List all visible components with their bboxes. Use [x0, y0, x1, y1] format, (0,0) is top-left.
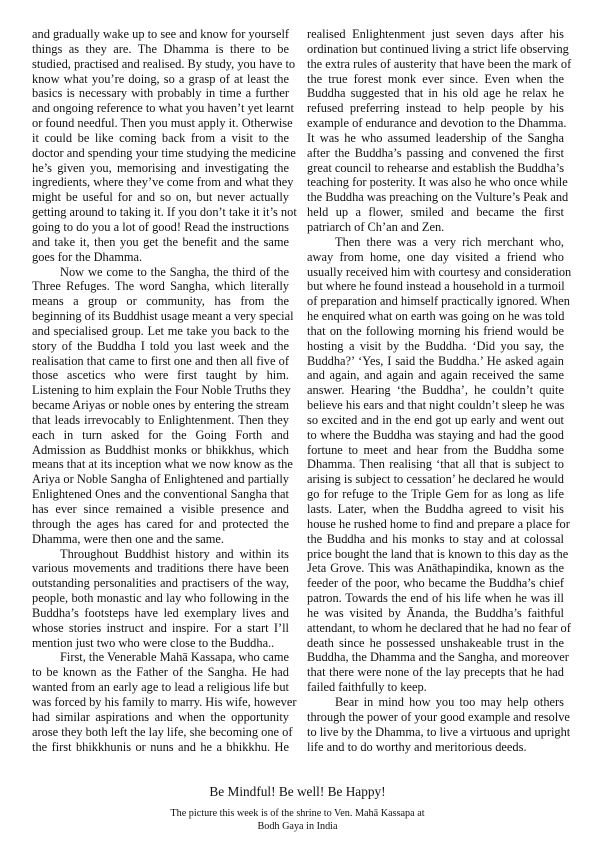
text-line: story of the Buddha I told you last week…	[32, 339, 289, 354]
text-line: arose they both left the lay life, she b…	[32, 725, 289, 740]
paragraph-start: Bear in mind how you too may help others	[307, 695, 564, 710]
text-line: so excited and in the end got up early a…	[307, 413, 564, 428]
text-line: through the power of your good example a…	[307, 710, 564, 725]
text-line: Listening to him explain the Four Noble …	[32, 383, 289, 398]
text-line: lasts. Later, when the Buddha agreed to …	[307, 502, 564, 517]
text-line: goes for the Dhamma.	[32, 250, 289, 265]
caption-line: Bodh Gaya in India	[0, 821, 595, 834]
text-line: basics is necessary with probably in tim…	[32, 86, 289, 101]
text-line: each in turn asked for the Going Forth a…	[32, 428, 289, 443]
text-line: beginning of its Buddhist usage meant a …	[32, 309, 289, 324]
text-line: he was visited by Ānanda, the Buddha’s f…	[307, 606, 564, 621]
text-line: patriarch of Ch’an and Zen.	[307, 220, 564, 235]
text-line: Admission as Buddhist monks or bhikkhus,…	[32, 443, 289, 458]
text-line: after the Buddha’s passing and convened …	[307, 146, 564, 161]
text-line: outstanding personalities and practisers…	[32, 576, 289, 591]
text-line: ordination but continued living a strict…	[307, 42, 564, 57]
caption-line: The picture this week is of the shrine t…	[0, 808, 595, 821]
text-line: Buddha, the Dhamma and the Sangha, and m…	[307, 650, 564, 665]
paragraph-start: Now we come to the Sangha, the third of …	[32, 265, 289, 280]
text-line: attendant, to whom he declared that he h…	[307, 621, 564, 636]
text-line: Jeta Grove. This was Anāthapindika, know…	[307, 561, 564, 576]
text-line: has ever since remained a visible presen…	[32, 502, 289, 517]
text-line: Ariya or Noble Sangha of Enlightened and…	[32, 472, 289, 487]
text-line: answer. Hearing ‘the Buddha’, he couldn’…	[307, 383, 564, 398]
text-line: and ongoing reference to what you haven’…	[32, 101, 289, 116]
text-line: was forced by his family to marry. His w…	[32, 695, 289, 710]
text-line: things as they are. The Dhamma is there …	[32, 42, 289, 57]
text-line: but where he found instead a household i…	[307, 279, 564, 294]
text-line: or found needful. Then you must apply it…	[32, 116, 289, 131]
text-line: various movements and traditions there h…	[32, 561, 289, 576]
text-line: that on the following morning his friend…	[307, 324, 564, 339]
text-line: that there were none of the lay precepts…	[307, 665, 564, 680]
text-line: It was he who assumed leadership of the …	[307, 131, 564, 146]
text-line: example of endurance and devotion to the…	[307, 116, 564, 131]
text-line: ingredients, where they’ve come from and…	[32, 175, 289, 190]
text-line: the first bhikkhunis or nuns and he a bh…	[32, 740, 289, 755]
text-line: hosting a visit by the Buddha. ‘Did you …	[307, 339, 564, 354]
picture-caption: The picture this week is of the shrine t…	[0, 808, 595, 833]
text-line: to live by the Dhamma, to live a virtuou…	[307, 725, 564, 740]
text-line: fortune to meet and hear from the Buddha…	[307, 443, 564, 458]
text-line: away from home, one day visited a friend…	[307, 250, 564, 265]
text-line: doctor and spending your time studying t…	[32, 146, 289, 161]
paragraph-start: Throughout Buddhist history and within i…	[32, 547, 289, 562]
text-line: that leads irrevocably to Enlightenment.…	[32, 413, 289, 428]
text-line: wanted from an early age to lead a relig…	[32, 680, 289, 695]
text-line: of preparation and himself practically i…	[307, 294, 564, 309]
text-line: failed faithfully to keep.	[307, 680, 564, 695]
footer-motto: Be Mindful! Be well! Be Happy!	[0, 784, 595, 800]
text-line: patron. Towards the end of his life when…	[307, 591, 564, 606]
text-line: whose stories instruct and inspire. For …	[32, 621, 289, 636]
text-line: to be known as the Father of the Sangha.…	[32, 665, 289, 680]
text-line: go for refuge to the Triple Gem for as l…	[307, 487, 564, 502]
text-line: Buddha suggested that in his old age he …	[307, 86, 564, 101]
text-line: going to do you a lot of good! Read the …	[32, 220, 289, 235]
right-column: realised Enlightenment just seven days a…	[307, 27, 564, 754]
text-line: price bought the land that is known to t…	[307, 547, 564, 562]
text-line: and specialised group. Let me take you b…	[32, 324, 289, 339]
text-line: people, both monastic and lay who follow…	[32, 591, 289, 606]
paragraph-start: Then there was a very rich merchant who,	[307, 235, 564, 250]
text-line: great council to rehearse and establish …	[307, 161, 564, 176]
text-line: those ascetics who were first taught by …	[32, 368, 289, 383]
text-line: he’s given you, memorising and investiga…	[32, 161, 289, 176]
text-line: believe his ears and that night couldn’t…	[307, 398, 564, 413]
text-line: refused preferring instead to help peopl…	[307, 101, 564, 116]
text-line: Dhamma, were then one and the same.	[32, 532, 289, 547]
text-line: know what you’re doing, so a grasp of at…	[32, 72, 289, 87]
text-line: the Buddha was preaching on the Vulture’…	[307, 190, 564, 205]
text-line: and take it, then you get the benefit an…	[32, 235, 289, 250]
text-line: Dhamma. Then realising ‘that all that is…	[307, 457, 564, 472]
text-line: Enlightened Ones and the conventional Sa…	[32, 487, 289, 502]
text-line: he enquired what on earth was going on h…	[307, 309, 564, 324]
left-column: and gradually wake up to see and know fo…	[32, 27, 289, 754]
text-line: means that at its inception what we now …	[32, 457, 289, 472]
text-line: through the ages has cared for and prote…	[32, 517, 289, 532]
text-line: Three Refuges. The word Sangha, which li…	[32, 279, 289, 294]
text-line: means a group or community, has from the	[32, 294, 289, 309]
text-line: feeder of the poor, who became the Buddh…	[307, 576, 564, 591]
text-line: studied, practised and realised. By stud…	[32, 57, 289, 72]
text-line: to where the Buddha was staying and had …	[307, 428, 564, 443]
text-line: death since he possessed unshakeable tru…	[307, 636, 564, 651]
text-line: the true forest monk ever since. Even wh…	[307, 72, 564, 87]
text-line: realisation that came to first one and t…	[32, 354, 289, 369]
text-line: mention just two who were close to the B…	[32, 636, 289, 651]
text-line: Buddha?’ ‘Yes, I said the Buddha.’ He as…	[307, 354, 564, 369]
text-line: the extra rules of austerity that have b…	[307, 57, 564, 72]
text-line: might be useful for and so on, but never…	[32, 190, 289, 205]
text-line: teaching for posterity. It was also he w…	[307, 175, 564, 190]
text-line: Buddha’s footsteps have led exemplary li…	[32, 606, 289, 621]
paragraph-start: First, the Venerable Mahā Kassapa, who c…	[32, 650, 289, 665]
text-line: held up a flower, smiled and became the …	[307, 205, 564, 220]
text-line: life and to do worthy and meritorious de…	[307, 740, 564, 755]
text-line: arising is subject to cessation’ he decl…	[307, 472, 564, 487]
text-line: had similar aspirations and when the opp…	[32, 710, 289, 725]
text-line: the Buddha and his monks to stay and at …	[307, 532, 564, 547]
text-line: realised Enlightenment just seven days a…	[307, 27, 564, 42]
text-line: house he rushed home to find and prepare…	[307, 517, 564, 532]
text-line: getting around to taking it. If you don’…	[32, 205, 289, 220]
text-line: usually received him with courtesy and c…	[307, 265, 564, 280]
text-line: it could be like coming back from a visi…	[32, 131, 289, 146]
text-line: and gradually wake up to see and know fo…	[32, 27, 289, 42]
text-line: and again, and again and again received …	[307, 368, 564, 383]
text-line: became Ariyas or noble ones by entering …	[32, 398, 289, 413]
